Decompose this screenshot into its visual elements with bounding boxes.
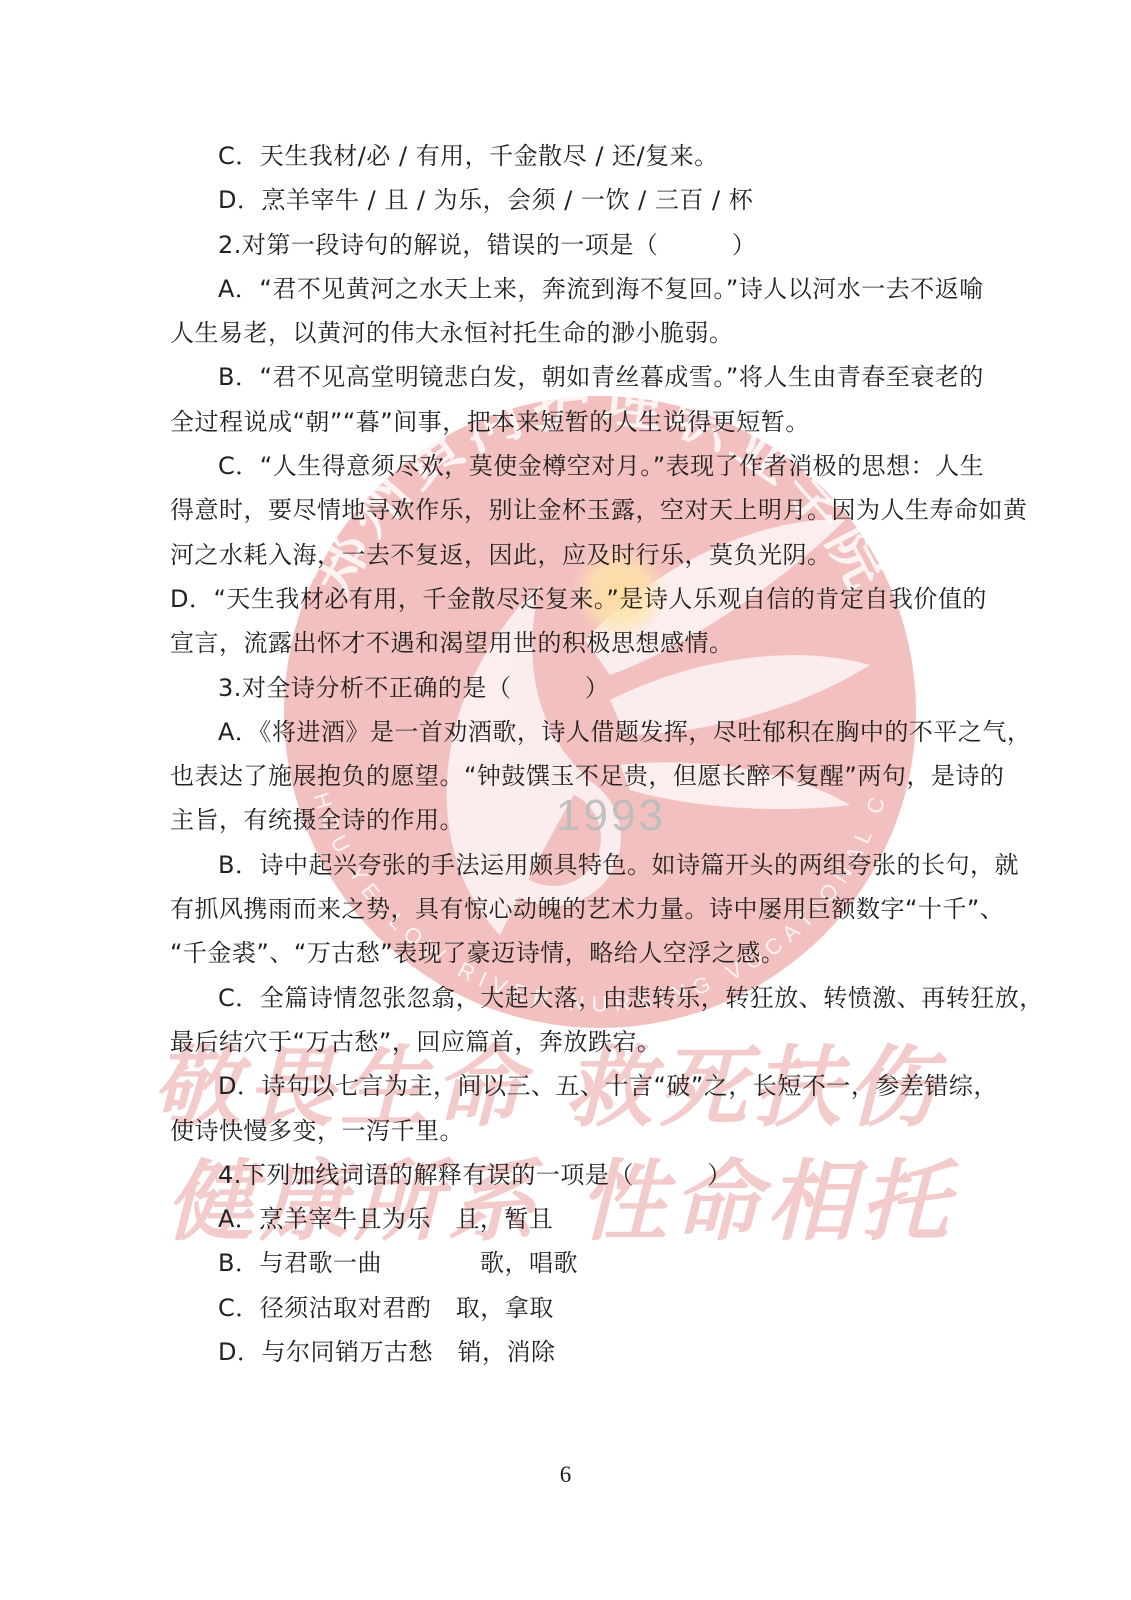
text-line: C．径须沽取对君酌 取，拿取 (170, 1286, 990, 1330)
text-line: B．诗中起兴夸张的手法运用颇具特色。如诗篇开头的两组夸张的长句，就 (170, 843, 990, 887)
text-line: A．烹羊宰牛且为乐 且，暂且 (170, 1197, 990, 1241)
text-line: B．“君不见高堂明镜悲白发，朝如青丝暮成雪。”将人生由青春至衰老的 (170, 355, 990, 399)
exam-document-page: 郑州黄河护理职业学院 ZHENGZHOU YELLOW RIVER NURSIN… (0, 0, 1131, 1600)
text-line: B．与君歌一曲 歌，唱歌 (170, 1241, 990, 1285)
question-3-stem: 3.对全诗分析不正确的是（ ） (170, 666, 990, 710)
text-line: A．“君不见黄河之水天上来，奔流到海不复回。”诗人以河水一去不返喻 (170, 267, 990, 311)
text-line: 主旨，有统摄全诗的作用。 (170, 798, 990, 842)
exam-text-block: C．天生我材/必 / 有用，千金散尽 / 还/复来。 D．烹羊宰牛 / 且 / … (170, 134, 990, 1374)
text-line: D．与尔同销万古愁 销，消除 (170, 1330, 990, 1374)
question-2-stem: 2.对第一段诗句的解说，错误的一项是（ ） (170, 223, 990, 267)
text-line: 得意时，要尽情地寻欢作乐，别让金杯玉露，空对天上明月。因为人生寿命如黄 (170, 488, 990, 532)
text-line: 最后结穴于“万古愁”，回应篇首，奔放跌宕。 (170, 1020, 990, 1064)
text-line: 人生易老，以黄河的伟大永恒衬托生命的渺小脆弱。 (170, 311, 990, 355)
question-4-stem: 4.下列加线词语的解释有误的一项是（ ） (170, 1153, 990, 1197)
text-line: D．诗句以七言为主，间以三、五、十言“破”之，长短不一，参差错综， (170, 1064, 990, 1108)
page-number: 6 (0, 1462, 1131, 1488)
text-line: D．“天生我材必有用，千金散尽还复来。”是诗人乐观自信的肯定自我价值的 (170, 577, 990, 621)
text-line: 也表达了施展抱负的愿望。“钟鼓馔玉不足贵，但愿长醉不复醒”两句，是诗的 (170, 754, 990, 798)
text-line: 有抓风携雨而来之势，具有惊心动魄的艺术力量。诗中屡用巨额数字“十千”、 (170, 887, 990, 931)
text-line: C．全篇诗情忽张忽翕，大起大落，由悲转乐，转狂放、转愤激、再转狂放， (170, 976, 990, 1020)
text-line: A．《将进酒》是一首劝酒歌，诗人借题发挥，尽吐郁积在胸中的不平之气， (170, 710, 990, 754)
text-line: C．“人生得意须尽欢，莫使金樽空对月。”表现了作者消极的思想：人生 (170, 444, 990, 488)
text-line: 宣言，流露出怀才不遇和渴望用世的积极思想感情。 (170, 621, 990, 665)
text-line: C．天生我材/必 / 有用，千金散尽 / 还/复来。 (170, 134, 990, 178)
text-line: “千金裘”、“万古愁”表现了豪迈诗情，略给人空浮之感。 (170, 931, 990, 975)
text-line: D．烹羊宰牛 / 且 / 为乐，会须 / 一饮 / 三百 / 杯 (170, 178, 990, 222)
text-line: 全过程说成“朝”“暮”间事，把本来短暂的人生说得更短暂。 (170, 400, 990, 444)
text-line: 使诗快慢多变，一泻千里。 (170, 1109, 990, 1153)
text-line: 河之水耗入海，一去不复返，因此，应及时行乐，莫负光阴。 (170, 533, 990, 577)
